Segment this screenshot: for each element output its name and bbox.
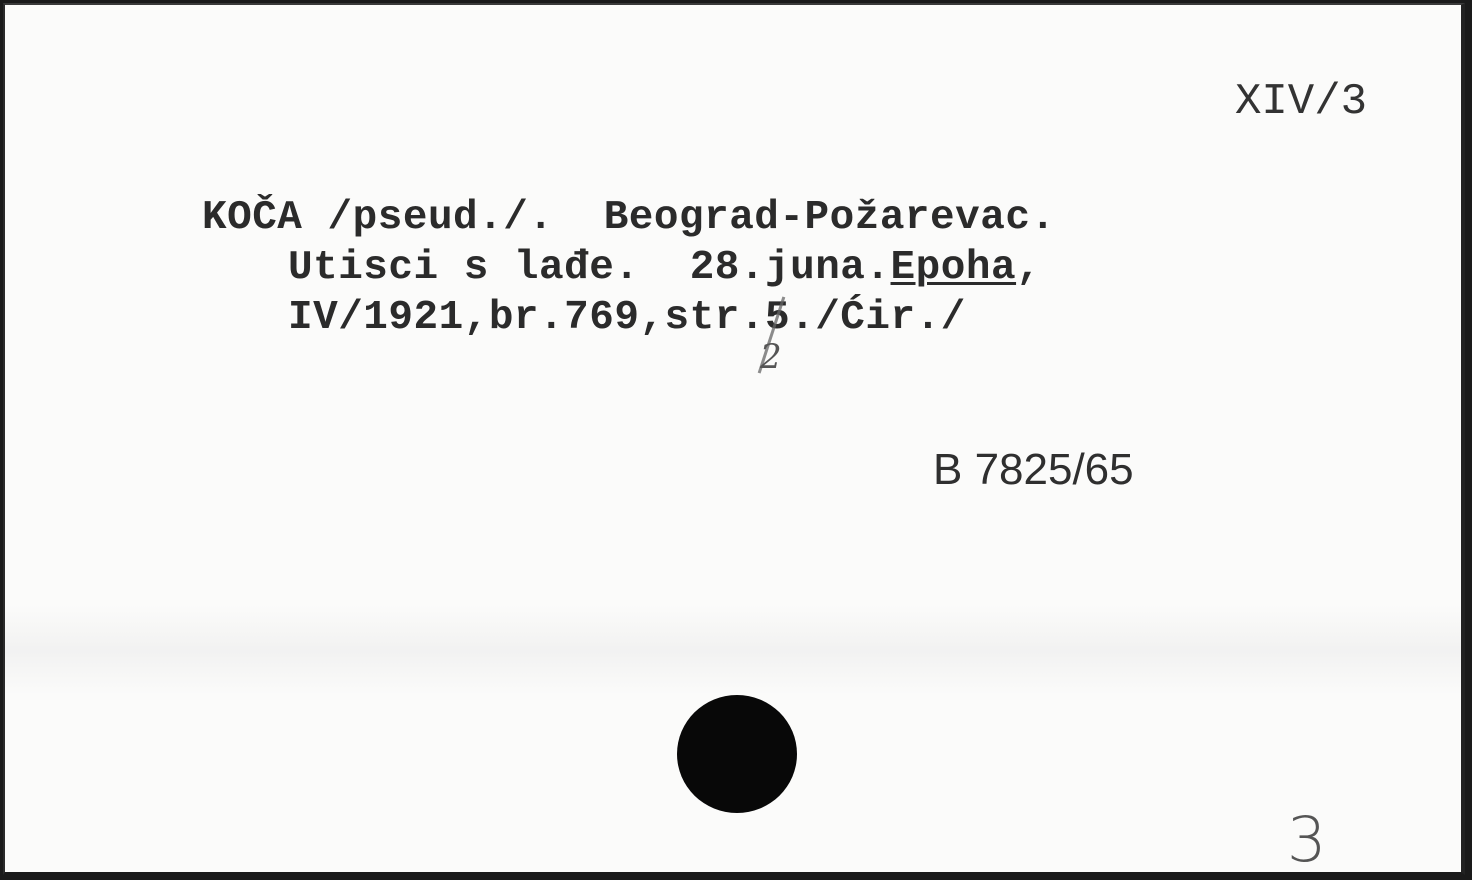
punch-hole — [677, 695, 797, 813]
periodical-name: Epoha — [891, 245, 1017, 291]
author-name: KOČA — [202, 195, 302, 241]
issue-citation: IV/1921,br.769,str.5. — [288, 295, 815, 341]
script-note: /Ćir./ — [815, 295, 966, 341]
accession-number: B 7825/65 — [933, 445, 1134, 495]
handwritten-annotation: 2 — [760, 337, 782, 377]
handwritten-corner-mark: 3 — [1287, 803, 1326, 876]
entry-line-2: Utisci s lađe. 28.juna.Epoha, — [288, 245, 1041, 291]
publication-date: 28.juna. — [690, 245, 891, 291]
publication-place: Beograd-Požarevac. — [604, 195, 1056, 241]
author-note: /pseud./. — [328, 195, 554, 241]
periodical-trail: , — [1016, 245, 1041, 291]
entry-line-3: IV/1921,br.769,str.5./Ćir./ — [288, 295, 966, 341]
entry-line-1: KOČA /pseud./. Beograd-Požarevac. — [202, 195, 1056, 241]
catalog-card: XIV/3 KOČA /pseud./. Beograd-Požarevac. … — [3, 3, 1465, 875]
call-number: XIV/3 — [1235, 77, 1367, 127]
article-title: Utisci s lađe. — [288, 245, 639, 291]
